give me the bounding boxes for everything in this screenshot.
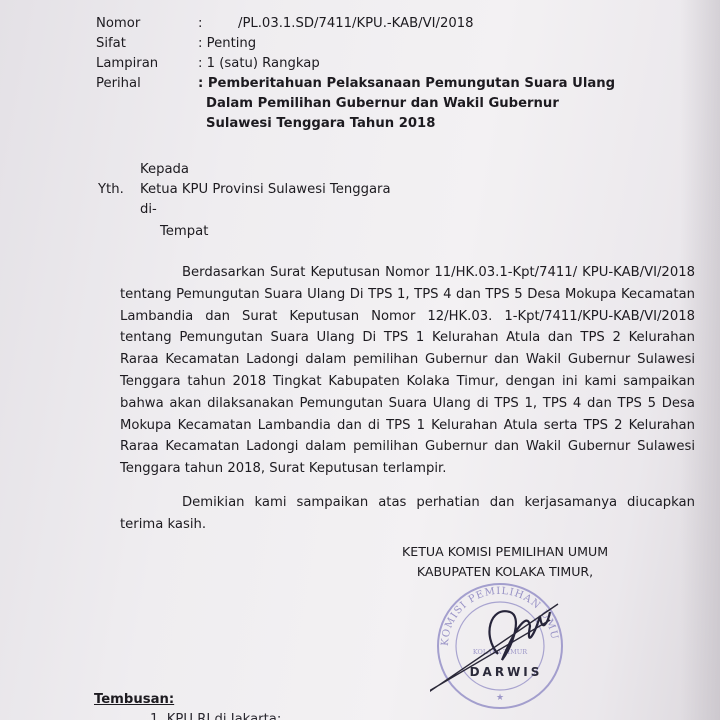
lampiran-row: Lampiran : 1 (satu) Rangkap	[96, 54, 474, 74]
svg-text:DARWIS: DARWIS	[470, 665, 543, 679]
sifat-row: Sifat : Penting	[96, 34, 474, 54]
perihal-line: : Pemberitahuan Pelaksanaan Pemungutan S…	[198, 74, 615, 94]
nomor-colon: :	[198, 14, 216, 34]
perihal-label: Perihal	[96, 74, 198, 94]
tempat-label: Tempat	[160, 222, 208, 242]
letter-body: Berdasarkan Surat Keputusan Nomor 11/HK.…	[120, 262, 695, 536]
perihal-line: Dalam Pemilihan Gubernur dan Wakil Guber…	[198, 94, 615, 114]
sifat-value: : Penting	[198, 34, 256, 54]
recipient-name: Ketua KPU Provinsi Sulawesi Tenggara	[140, 180, 391, 200]
body-paragraph-2: Demikian kami sampaikan atas perhatian d…	[120, 492, 695, 536]
lampiran-value: : 1 (satu) Rangkap	[198, 54, 320, 74]
yth-label: Yth.	[98, 180, 124, 200]
nomor-row: Nomor : /PL.03.1.SD/7411/KPU.-KAB/VI/201…	[96, 14, 474, 34]
lampiran-label: Lampiran	[96, 54, 198, 74]
tembusan-label: Tembusan:	[94, 692, 174, 707]
perihal-value: : Pemberitahuan Pelaksanaan Pemungutan S…	[198, 74, 615, 134]
nomor-label: Nomor	[96, 14, 198, 34]
svg-text:★: ★	[496, 693, 504, 703]
letter-page: Nomor : /PL.03.1.SD/7411/KPU.-KAB/VI/201…	[0, 0, 720, 720]
tembusan-item: 1. KPU RI di Jakarta;	[150, 712, 281, 720]
official-stamp-icon: KOMISI PEMILIHAN UMUM KABUPATEN KOLAKA T…	[430, 576, 570, 711]
nomor-value: /PL.03.1.SD/7411/KPU.-KAB/VI/2018	[216, 14, 474, 34]
signature-title-1: KETUA KOMISI PEMILIHAN UMUM	[402, 542, 608, 562]
di-label: di-	[140, 200, 157, 220]
perihal-line: Sulawesi Tenggara Tahun 2018	[198, 114, 615, 134]
body-paragraph-1: Berdasarkan Surat Keputusan Nomor 11/HK.…	[120, 262, 695, 480]
sifat-label: Sifat	[96, 34, 198, 54]
kepada-label: Kepada	[140, 160, 189, 180]
